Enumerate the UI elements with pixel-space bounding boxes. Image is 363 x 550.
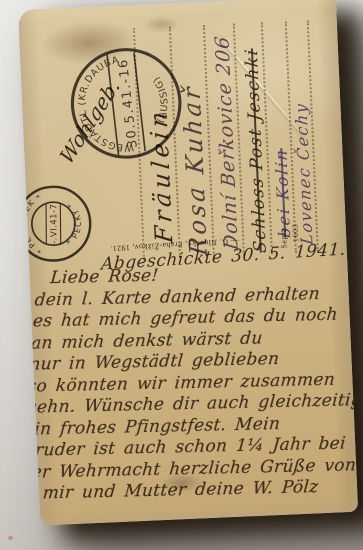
postmark-town-czech: * PEČKY * (64, 199, 83, 248)
plate-imprint: Sepia 1603 (276, 198, 304, 249)
postmark-pecky: * PETSCHEK * * PEČKY * -.VI.41-7 (18, 180, 97, 267)
postcard: WEGSTÄDTL (KR.DAUBA) (AUSSIG) 30.5.41.-1… (18, 0, 358, 526)
address-recipient-title: Fräulein (144, 107, 179, 260)
svg-text:* PETSCHEK *: * PETSCHEK * (18, 192, 43, 256)
message-block: Liebe Rose! dein l. Karte dankend erhalt… (18, 261, 349, 505)
postmark-date: -.VI.41-7 (49, 204, 59, 244)
postmark-town-german: * PETSCHEK * (18, 192, 43, 256)
svg-text:* PEČKY *: * PEČKY * (64, 199, 83, 248)
photo-background: WEGSTÄDTL (KR.DAUBA) (AUSSIG) 30.5.41.-1… (0, 0, 363, 550)
background-mark (8, 536, 13, 540)
plate-number: 1603 (288, 198, 302, 248)
